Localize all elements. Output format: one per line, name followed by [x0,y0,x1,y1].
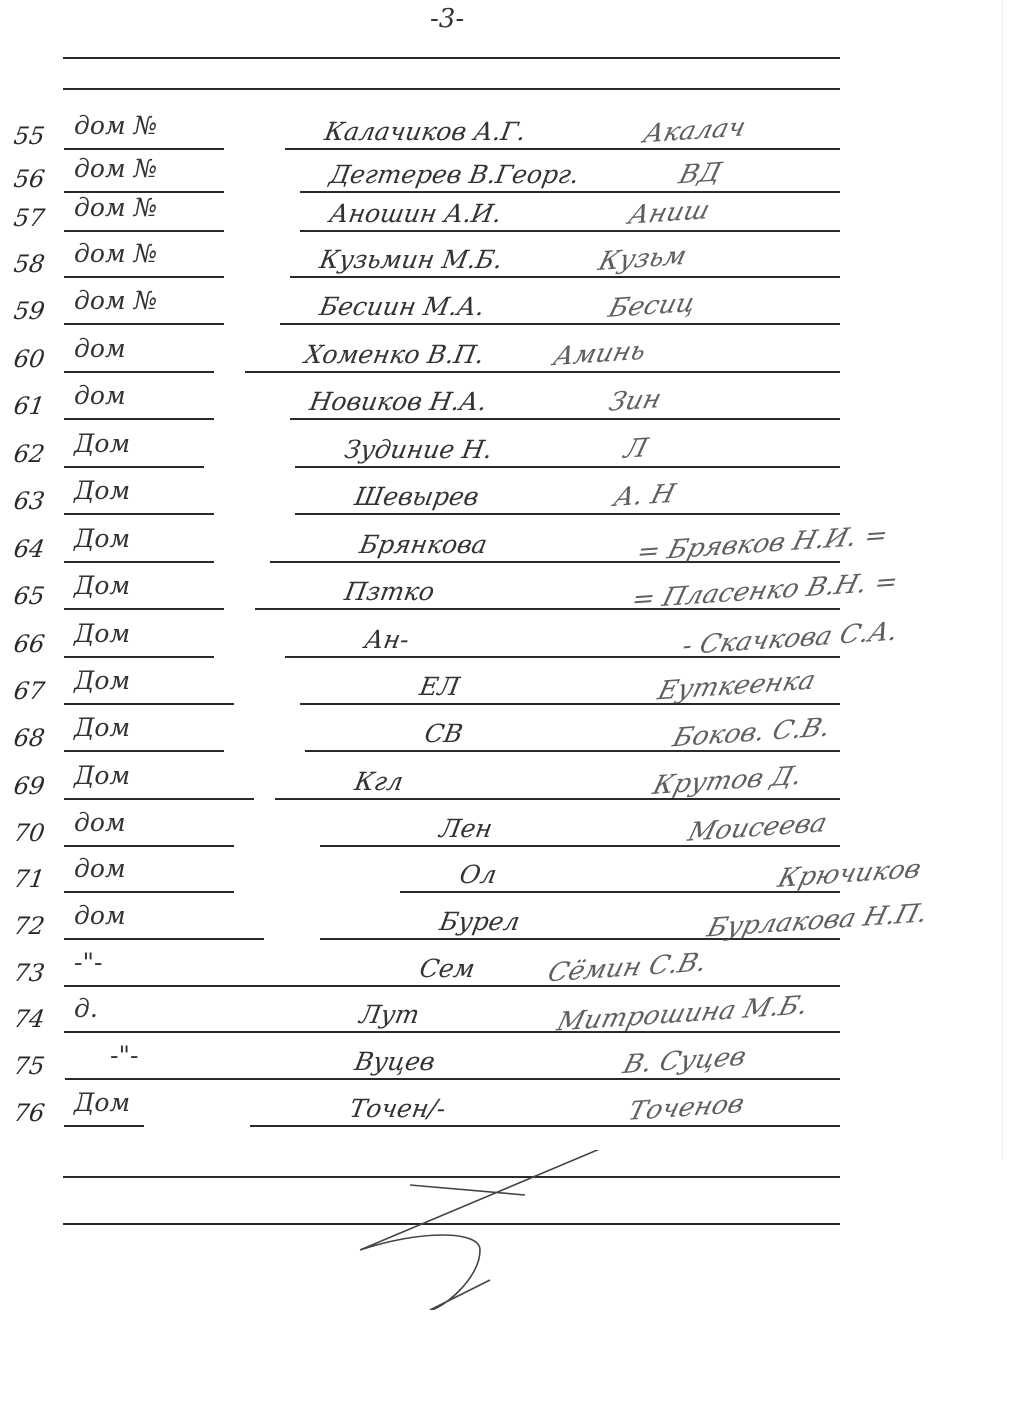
name-signature-line: Ол Крючиков [400,849,840,893]
row-number: 64 [12,535,46,563]
list-item: 73 -"- Сем Сёмин С.В. [0,939,1021,987]
signature: Крутов Д. [650,761,806,801]
page-number: -3- [430,4,464,34]
house-field: Дом [64,519,214,563]
house-field: Дом [64,566,224,610]
house-field: -"- [64,943,174,987]
signature: Сёмин С.В. [545,948,710,989]
house-field: Дом [64,708,224,752]
signature: Крючиков [775,854,924,894]
printed-name: Ан- [362,625,411,654]
list-item: 63 Дом Шевырев А. Н [0,467,1021,515]
row-number: 59 [12,297,46,325]
name-signature-line: Зудиние Н. Л [295,424,840,468]
printed-name: Шевырев [352,482,481,511]
name-signature-line: Бурел Бурлакова Н.П. [320,896,840,940]
printed-name: СВ [422,719,465,748]
list-item: 60 дом Хоменко В.П. Аминь [0,325,1021,373]
list-item: 68 Дом СВ Боков. С.В. [0,704,1021,752]
list-item: 57 дом № Аношин А.И. Аниш [0,184,1021,232]
printed-name: Брянкова [357,530,489,559]
printed-name: Лут [357,1000,421,1029]
printed-name: Зудиние Н. [342,435,494,464]
printed-name: Бурел [437,907,522,936]
printed-name: Точен/- [347,1094,448,1123]
name-signature-line: Сем Сёмин С.В. [170,943,840,987]
signature: Точенов [625,1089,747,1127]
printed-name: Кгл [352,767,405,796]
house-field: дом [64,376,214,420]
house-field: дом № [64,106,224,150]
row-number: 69 [12,772,46,800]
printed-name: Вуцев [352,1047,437,1076]
house-field: Дом [64,614,214,658]
list-item: 66 Дом Ан- - Скачкова С.А. [0,610,1021,658]
name-signature-line: СВ Боков. С.В. [305,708,840,752]
signature: Зин [606,384,665,417]
name-signature-line: Брянкова = Брявков Н.И. = [270,519,840,563]
list-item: 71 дом Ол Крючиков [0,845,1021,893]
row-number: 62 [12,440,46,468]
name-signature-line: Вуцев В. Суцев [65,1036,840,1080]
list-item: 55 дом № Калачиков А.Г. Акалач [0,102,1021,150]
name-signature-line: Аношин А.И. Аниш [300,188,840,232]
house-field: дом № [64,188,224,232]
printed-name: Аношин А.И. [327,199,503,228]
signature: Аминь [550,336,649,372]
house-field: дом № [64,281,224,325]
name-signature-line: Лен Моисеева [320,803,840,847]
signature: Л [621,433,651,464]
signature: В. Суцев [620,1042,749,1080]
printed-name: Ол [457,860,499,889]
name-signature-line: Калачиков А.Г. Акалач [285,106,840,150]
list-item: 61 дом Новиков Н.А. Зин [0,372,1021,420]
signature: Акалач [640,113,749,150]
signature: Аниш [625,195,712,230]
house-field: Дом [64,471,214,515]
house-field: дом [64,803,234,847]
name-signature-line: Пзтко = Пласенко В.Н. = [255,566,840,610]
row-number: 74 [12,1005,46,1033]
list-item: 58 дом № Кузьмин М.Б. Кузьм [0,230,1021,278]
name-signature-line: Точен/- Точенов [250,1083,840,1127]
signature: = Брявков Н.И. = [634,521,891,568]
name-signature-line: ЕЛ Еуткеенка [300,661,840,705]
list-item: 64 Дом Брянкова = Брявков Н.И. = [0,515,1021,563]
house-field: дом [64,849,234,893]
printed-name: Лен [437,814,494,843]
row-number: 70 [12,819,46,847]
signature: Бесиц [605,288,698,324]
printed-name: Бесиин М.А. [317,292,486,321]
printed-name: Новиков Н.А. [307,387,489,416]
signature: Моисеева [685,808,830,847]
list-item: 59 дом № Бесиин М.А. Бесиц [0,277,1021,325]
name-signature-line: Лут Митрошина М.Б. [190,989,840,1033]
printed-name: Сем [417,954,477,983]
row-number: 72 [12,912,46,940]
name-signature-line: Бесиин М.А. Бесиц [280,281,840,325]
closing-signature-scribble [340,1150,640,1310]
signature: Митрошина М.Б. [554,990,811,1037]
row-number: 65 [12,582,46,610]
list-item: 75 -"- Вуцев В. Суцев [0,1032,1021,1080]
signature: Боков. С.В. [670,713,834,754]
list-item: 62 Дом Зудиние Н. Л [0,420,1021,468]
list-item: 70 дом Лен Моисеева [0,799,1021,847]
house-field: д. [64,989,194,1033]
printed-name: Кузьмин М.Б. [317,245,504,274]
row-number: 57 [12,204,46,232]
name-signature-line: Шевырев А. Н [295,471,840,515]
row-number: 66 [12,630,46,658]
row-number: 76 [12,1099,46,1127]
house-field: Дом [64,424,204,468]
name-signature-line: Кузьмин М.Б. Кузьм [290,234,840,278]
list-item: 74 д. Лут Митрошина М.Б. [0,985,1021,1033]
row-number: 71 [12,865,46,893]
list-item: 72 дом Бурел Бурлакова Н.П. [0,892,1021,940]
row-number: 75 [12,1052,46,1080]
printed-name: Пзтко [342,577,436,606]
name-signature-line: Ан- - Скачкова С.А. [285,614,840,658]
house-field: дом [64,896,264,940]
name-signature-line: Новиков Н.А. Зин [290,376,840,420]
house-field: дом № [64,234,224,278]
row-number: 61 [12,392,46,420]
printed-name: Калачиков А.Г. [322,117,528,146]
printed-name: ЕЛ [417,672,461,701]
list-item: 67 Дом ЕЛ Еуткеенка [0,657,1021,705]
signature: Еуткеенка [655,666,819,707]
row-number: 63 [12,487,46,515]
signature: А. Н [611,479,679,513]
blank-rule [63,88,840,90]
row-number: 60 [12,345,46,373]
name-signature-line: Кгл Крутов Д. [275,756,840,800]
row-number: 73 [12,959,46,987]
house-field: Дом [64,661,234,705]
list-item: 76 Дом Точен/- Точенов [0,1079,1021,1127]
row-number: 68 [12,724,46,752]
blank-rule [63,57,840,59]
name-signature-line: Хоменко В.П. Аминь [245,329,840,373]
list-item: 65 Дом Пзтко = Пласенко В.Н. = [0,562,1021,610]
signature: Бурлакова Н.П. [704,899,931,944]
printed-name: Хоменко В.П. [302,340,486,369]
signature: = Пласенко В.Н. = [629,567,902,615]
signature: Кузьм [595,241,689,277]
row-number: 58 [12,250,46,278]
signature: - Скачкова С.А. [679,617,901,662]
house-field: дом [64,329,214,373]
row-number: 67 [12,677,46,705]
list-item: 69 Дом Кгл Крутов Д. [0,752,1021,800]
house-field: Дом [64,756,254,800]
house-field: Дом [64,1083,144,1127]
